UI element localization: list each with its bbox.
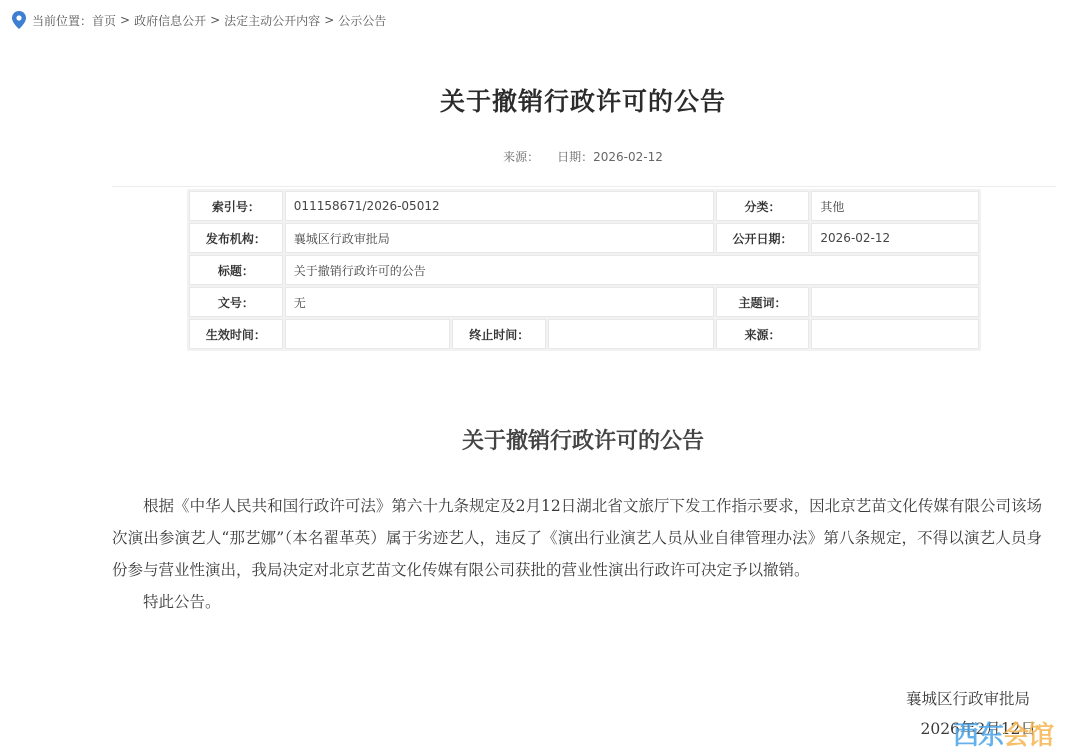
breadcrumb-separator: > [120,13,130,27]
index-no-label: 索引号： [189,191,283,221]
signature-date: 2026年2月12日 [906,714,1036,744]
source-value [811,319,979,349]
doc-no-value: 无 [285,287,714,317]
effective-time-label: 生效时间： [189,319,283,349]
public-date-value: 2026-02-12 [811,223,979,253]
signature-block: 襄城区行政审批局 2026年2月12日 [906,684,1030,744]
breadcrumb-separator: > [324,13,334,27]
publisher-value: 襄城区行政审批局 [285,223,714,253]
keywords-value [811,287,979,317]
expiry-time-value [548,319,714,349]
info-table: 索引号： 011158671/2026-05012 分类： 其他 发布机构： 襄… [187,189,981,351]
source-label: 来源： [716,319,810,349]
location-pin-icon [12,11,26,29]
category-value: 其他 [811,191,979,221]
divider [112,186,1056,187]
table-row: 生效时间： 终止时间： 来源： [189,319,979,349]
date-value: 2026-02-12 [593,150,663,164]
breadcrumb-statutory-content[interactable]: 法定主动公开内容 [224,12,320,29]
closing-paragraph: 特此公告。 [112,586,1042,618]
article-meta: 来源：日期：2026-02-12 [0,148,1080,165]
page-title: 关于撤销行政许可的公告 [0,82,1080,118]
breadcrumb-gov-info[interactable]: 政府信息公开 [134,12,206,29]
breadcrumb-announcements[interactable]: 公示公告 [338,12,386,29]
date-label: 日期： [557,150,593,164]
index-no-value: 011158671/2026-05012 [285,191,714,221]
title-value: 关于撤销行政许可的公告 [285,255,979,285]
breadcrumb: 当前位置： 首页 > 政府信息公开 > 法定主动公开内容 > 公示公告 [12,10,386,30]
title-label: 标题： [189,255,283,285]
public-date-label: 公开日期： [716,223,810,253]
category-label: 分类： [716,191,810,221]
publisher-label: 发布机构： [189,223,283,253]
source-label: 来源： [503,150,539,164]
signature-org: 襄城区行政审批局 [906,684,1030,714]
expiry-time-label: 终止时间： [452,319,546,349]
effective-time-value [285,319,451,349]
document-heading: 关于撤销行政许可的公告 [0,424,1080,455]
breadcrumb-label: 当前位置： [32,12,92,29]
breadcrumb-home[interactable]: 首页 [92,12,116,29]
body-paragraph: 根据《中华人民共和国行政许可法》第六十九条规定及2月12日湖北省文旅厅下发工作指… [112,490,1042,586]
doc-no-label: 文号： [189,287,283,317]
document-body: 根据《中华人民共和国行政许可法》第六十九条规定及2月12日湖北省文旅厅下发工作指… [112,490,1042,618]
keywords-label: 主题词： [716,287,810,317]
table-row: 发布机构： 襄城区行政审批局 公开日期： 2026-02-12 [189,223,979,253]
table-row: 文号： 无 主题词： [189,287,979,317]
table-row: 索引号： 011158671/2026-05012 分类： 其他 [189,191,979,221]
table-row: 标题： 关于撤销行政许可的公告 [189,255,979,285]
breadcrumb-separator: > [210,13,220,27]
